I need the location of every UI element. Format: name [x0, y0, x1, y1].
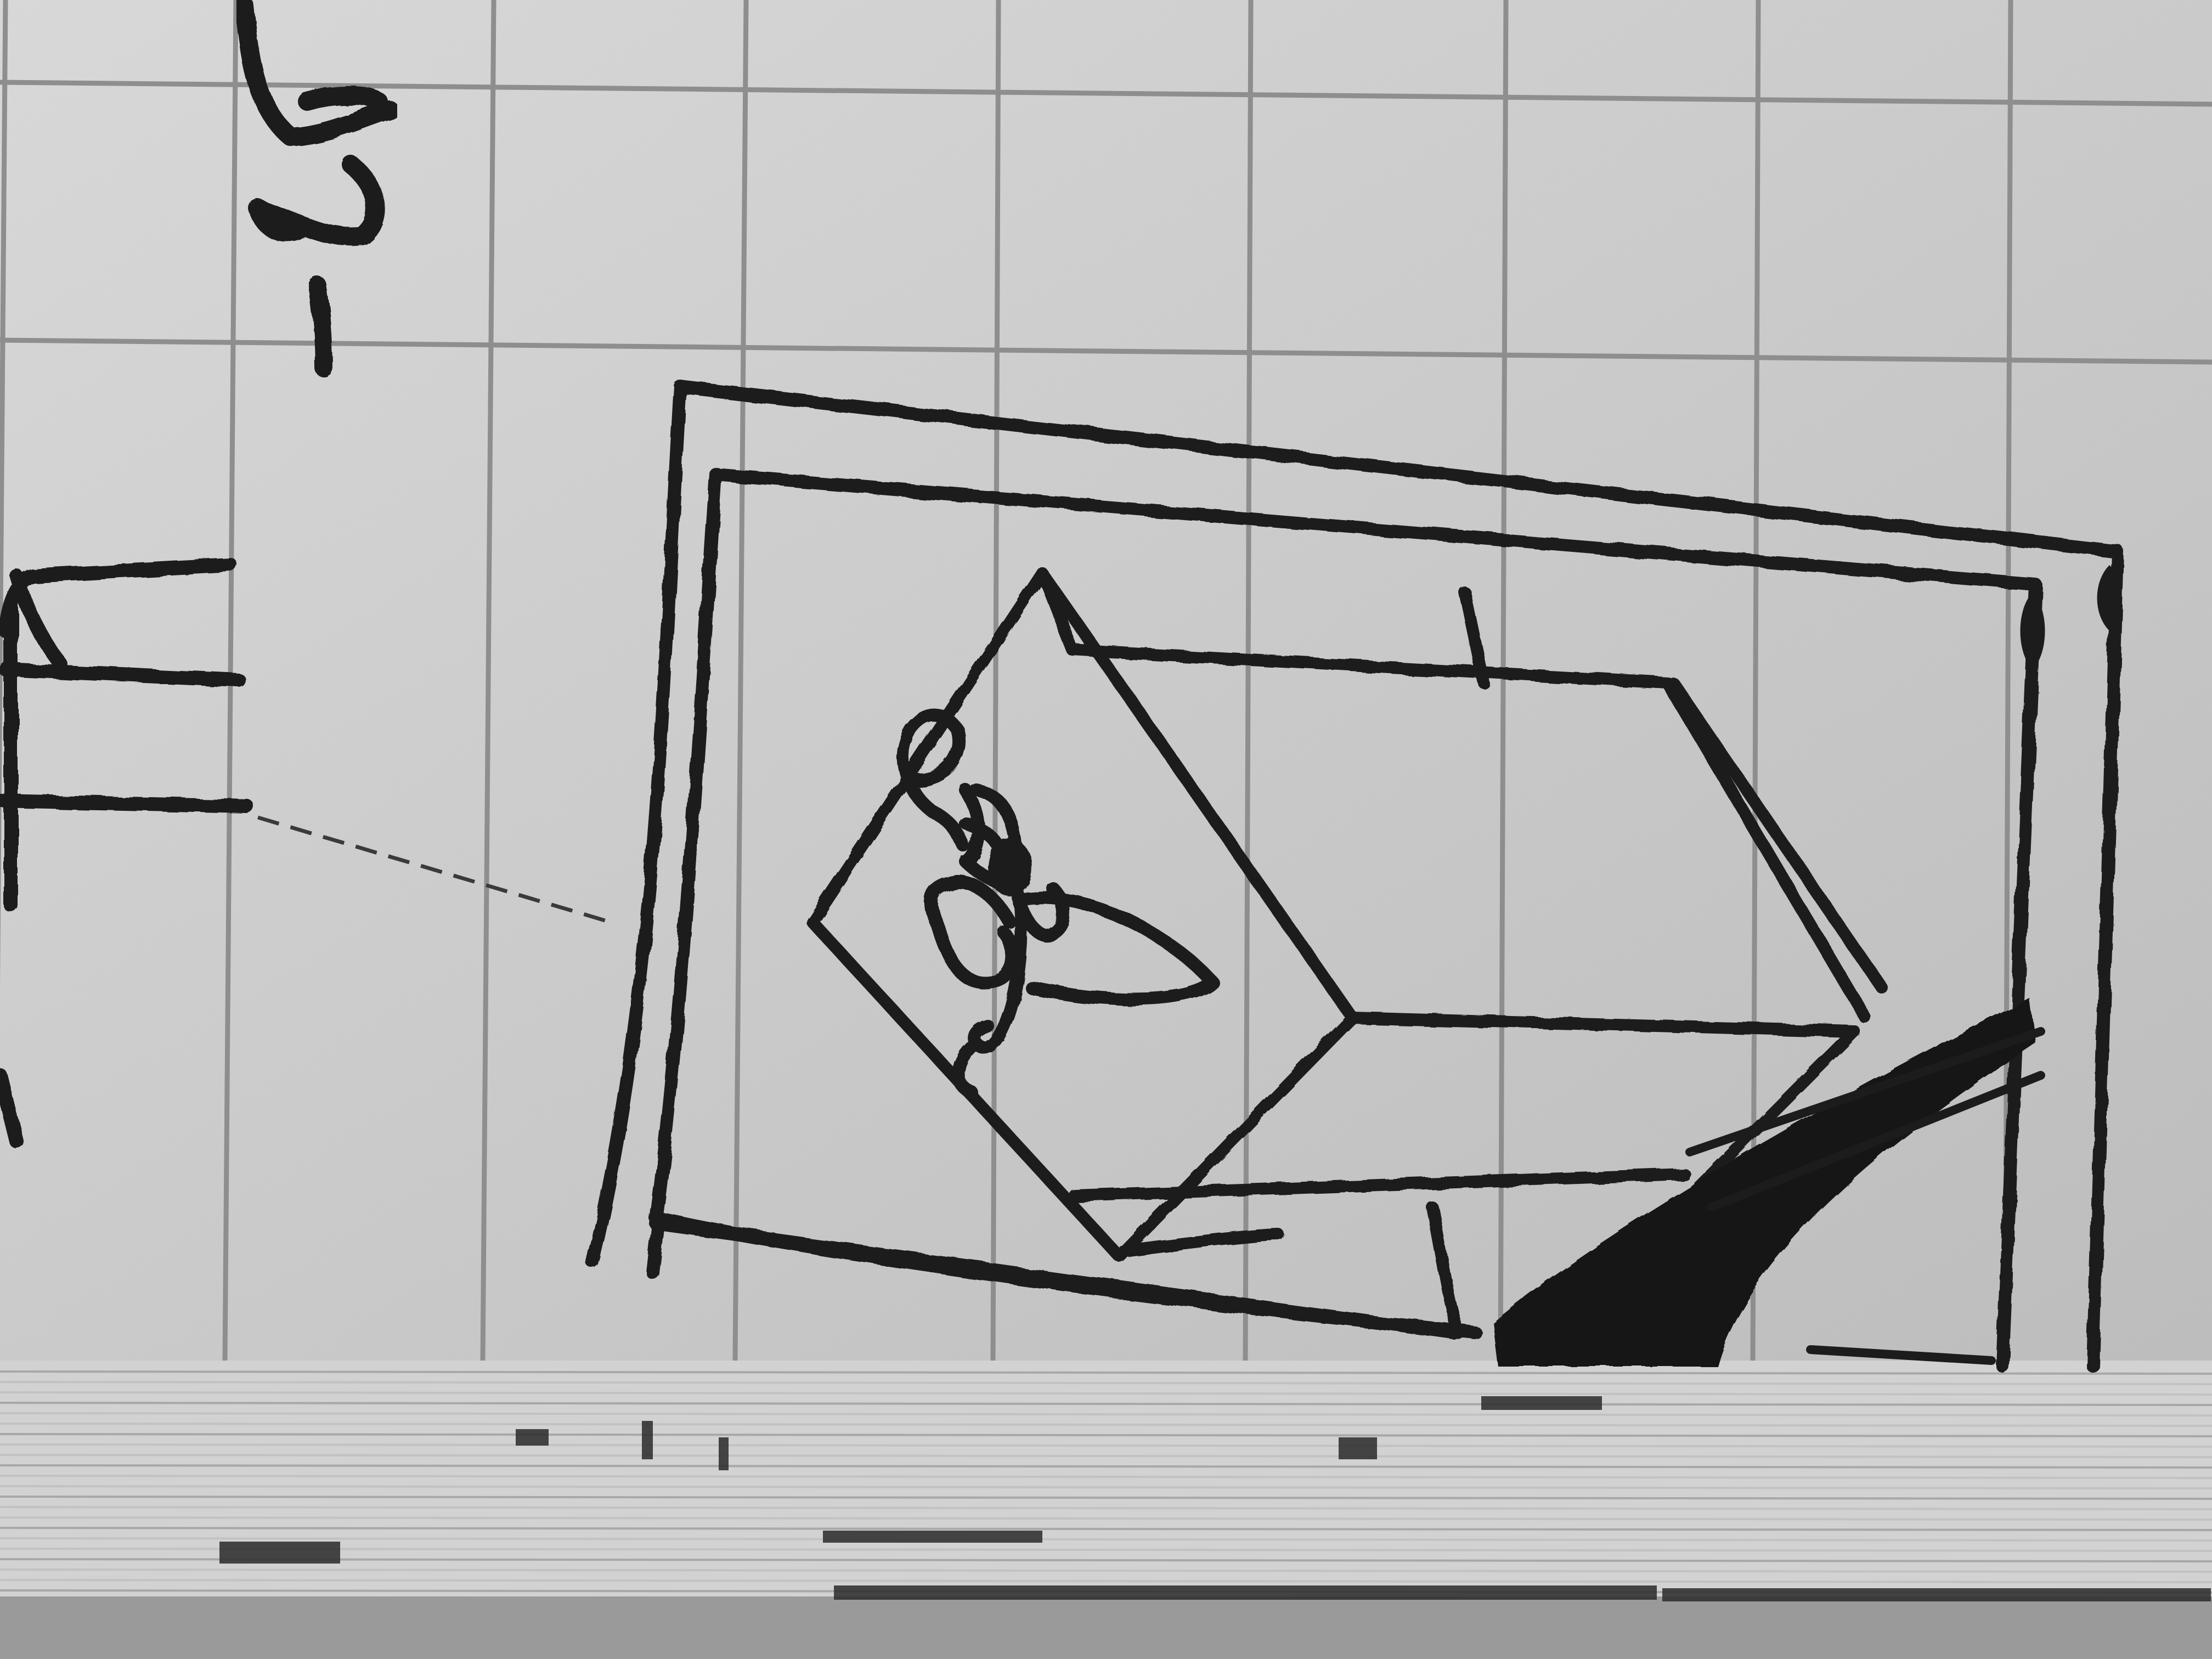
- page-stack: [0, 1361, 2212, 1659]
- sketch-canvas: [0, 0, 2212, 1659]
- sketch-photo: [0, 0, 2212, 1659]
